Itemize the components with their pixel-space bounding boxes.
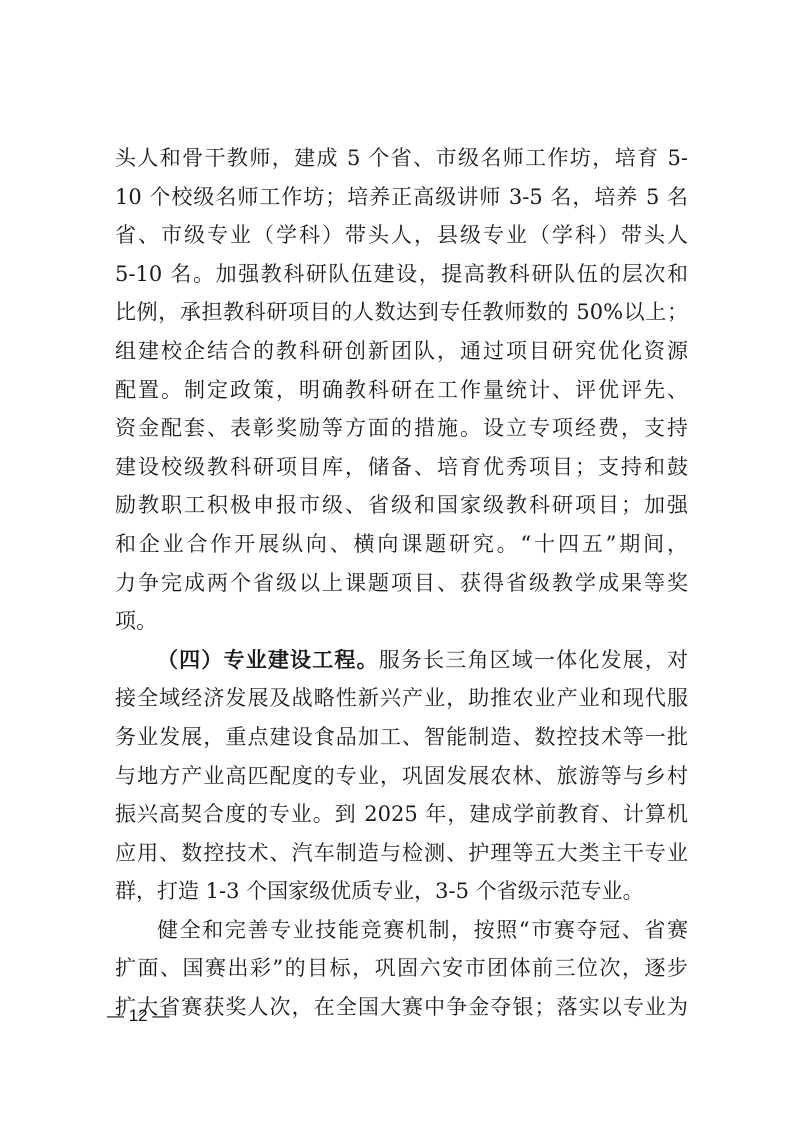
text-line: 建设校级教科研项目库，储备、培育优秀项目；支持和鼓 <box>115 448 688 487</box>
text-line: 接全域经济发展及战略性新兴产业，助推农业产业和现代服 <box>115 679 688 718</box>
text-line: 资金配套、表彰奖励等方面的措施。设立专项经费，支持 <box>115 409 688 448</box>
section-heading: （四）专业建设工程。 <box>157 647 379 672</box>
body-text: 头人和骨干教师，建成 5 个省、市级名师工作坊，培育 5- 10 个校级名师工作… <box>115 139 688 1027</box>
text-line: 组建校企结合的教科研创新团队，通过项目研究优化资源 <box>115 332 688 371</box>
text-line: 项。 <box>115 602 688 641</box>
text-line: 振兴高契合度的专业。到 2025 年，建成学前教育、计算机 <box>115 795 688 834</box>
text-line: 健全和完善专业技能竞赛机制，按照“市赛夺冠、省赛 <box>115 911 688 950</box>
text-line: 10 个校级名师工作坊；培养正高级讲师 3-5 名，培养 5 名 <box>115 178 688 217</box>
text-run: 服务长三角区域一体化发展，对 <box>379 648 688 672</box>
page-number: — 12 — <box>107 1006 169 1026</box>
text-line: 头人和骨干教师，建成 5 个省、市级名师工作坊，培育 5- <box>115 139 688 178</box>
text-line: （四）专业建设工程。服务长三角区域一体化发展，对 <box>115 641 688 680</box>
text-line: 扩大省赛获奖人次，在全国大赛中争金夺银；落实以专业为 <box>115 988 688 1027</box>
text-line: 励教职工积极申报市级、省级和国家级教科研项目；加强 <box>115 486 688 525</box>
text-line: 与地方产业高匹配度的专业，巩固发展农林、旅游等与乡村 <box>115 757 688 796</box>
text-line: 和企业合作开展纵向、横向课题研究。“十四五”期间， <box>115 525 688 564</box>
paragraph-specialty-construction: （四）专业建设工程。服务长三角区域一体化发展，对 接全域经济发展及战略性新兴产业… <box>115 641 688 911</box>
text-line: 配置。制定政策，明确教科研在工作量统计、评优评先、 <box>115 371 688 410</box>
paragraph-teacher-development: 头人和骨干教师，建成 5 个省、市级名师工作坊，培育 5- 10 个校级名师工作… <box>115 139 688 641</box>
document-page: 头人和骨干教师，建成 5 个省、市级名师工作坊，培育 5- 10 个校级名师工作… <box>0 0 793 1122</box>
text-line: 应用、数控技术、汽车制造与检测、护理等五大类主干专业 <box>115 834 688 873</box>
text-line: 力争完成两个省级以上课题项目、获得省级教学成果等奖 <box>115 564 688 603</box>
text-line: 务业发展，重点建设食品加工、智能制造、数控技术等一批 <box>115 718 688 757</box>
text-line: 省、市级专业（学科）带头人，县级专业（学科）带头人 <box>115 216 688 255</box>
text-line: 5-10 名。加强教科研队伍建设，提高教科研队伍的层次和 <box>115 255 688 294</box>
text-line: 扩面、国赛出彩”的目标，巩固六安市团体前三位次，逐步 <box>115 949 688 988</box>
text-line: 群，打造 1-3 个国家级优质专业，3-5 个省级示范专业。 <box>115 872 688 911</box>
paragraph-skills-competition: 健全和完善专业技能竞赛机制，按照“市赛夺冠、省赛 扩面、国赛出彩”的目标，巩固六… <box>115 911 688 1027</box>
text-line: 比例，承担教科研项目的人数达到专任教师数的 50%以上； <box>115 293 688 332</box>
